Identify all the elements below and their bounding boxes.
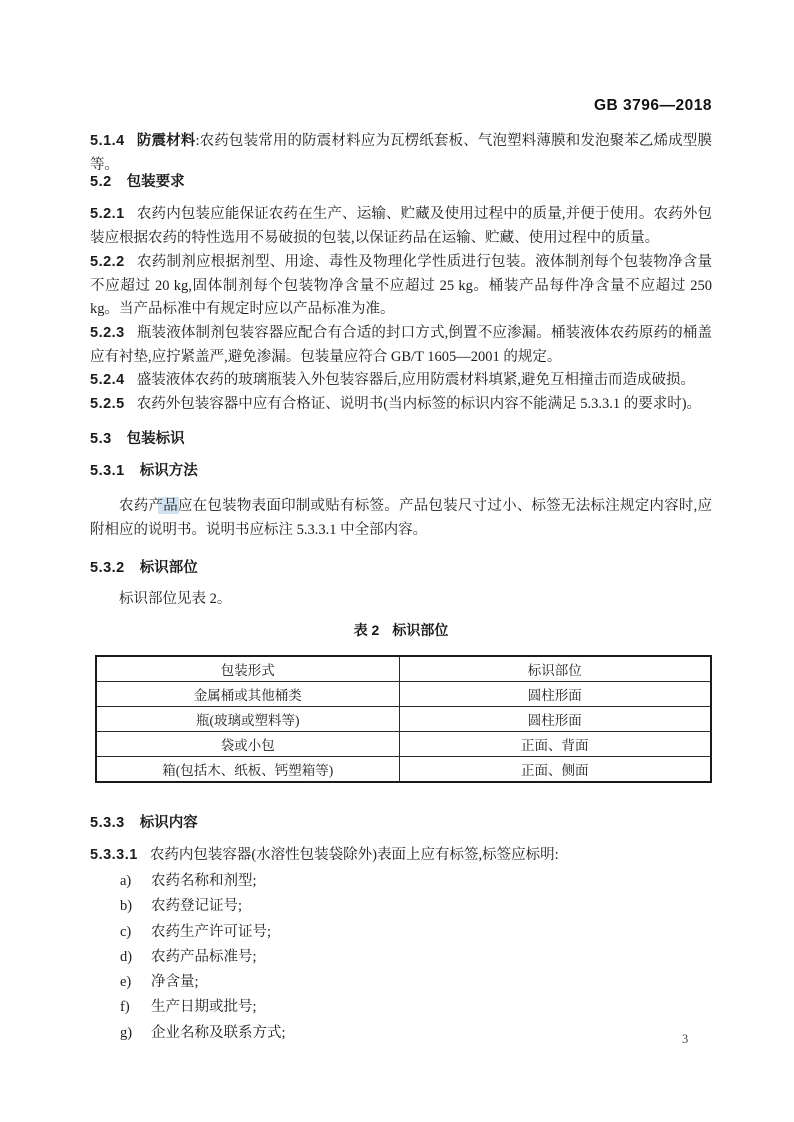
clause-number: 5.2.1 (90, 206, 125, 222)
clause-5-2-3: 5.2.3瓶装液体制剂包装容器应配合有合适的封口方式,倒置不应渗漏。桶装液体农药… (90, 322, 712, 369)
heading-number: 5.2 (90, 174, 112, 190)
list-item-text: 农药名称和剂型; (151, 873, 257, 889)
label-content-list: a)农药名称和剂型; b)农药登记证号; c)农药生产许可证号; d)农药产品标… (90, 869, 712, 1046)
table-cell: 圆柱形面 (399, 682, 711, 707)
heading-number: 5.3.3 (90, 815, 125, 831)
table-cell: 圆柱形面 (399, 707, 711, 732)
list-item: b)农药登记证号; (90, 894, 712, 919)
clause-5-3-3-1: 5.3.3.1农药内包装容器(水溶性包装袋除外)表面上应有标签,标签应标明: (90, 844, 712, 868)
list-item: f)生产日期或批号; (90, 995, 712, 1020)
table-header-row: 包装形式 标识部位 (96, 656, 711, 682)
table-caption: 表 2标识部位 (90, 620, 712, 640)
heading-number: 5.3.2 (90, 560, 125, 576)
clause-number: 5.1.4 (90, 133, 125, 149)
heading-title: 包装要求 (127, 174, 185, 190)
heading-5-3-3: 5.3.3标识内容 (90, 811, 712, 832)
heading-number: 5.3.1 (90, 463, 125, 479)
clause-number: 5.3.3.1 (90, 847, 138, 863)
table-caption-label: 表 2 (354, 622, 380, 638)
heading-5-2: 5.2包装要求 (90, 170, 712, 191)
clause-text: 盛装液体农药的玻璃瓶装入外包装容器后,应用防震材料填紧,避免互相撞击而造成破损。 (137, 372, 695, 388)
clause-text: 农药内包装应能保证农药在生产、运输、贮藏及使用过程中的质量,并便于使用。农药外包… (90, 206, 712, 246)
clause-text: 农药制剂应根据剂型、用途、毒性及物理化学性质进行包装。液体制剂每个包装物净含量不… (90, 254, 712, 317)
clause-number: 5.2.3 (90, 325, 125, 341)
clause-inline-title: 防震材料 (137, 133, 196, 149)
clause-5-2-1: 5.2.1农药内包装应能保证农药在生产、运输、贮藏及使用过程中的质量,并便于使用… (90, 203, 712, 250)
clause-5-2-4: 5.2.4盛装液体农药的玻璃瓶装入外包装容器后,应用防震材料填紧,避免互相撞击而… (90, 369, 712, 393)
table-cell: 正面、背面 (399, 732, 711, 757)
list-item-text: 净含量; (151, 974, 199, 990)
table-cell: 袋或小包 (96, 732, 399, 757)
list-item-text: 企业名称及联系方式; (151, 1025, 286, 1041)
list-item-label: e) (120, 974, 151, 991)
table-row: 金属桶或其他桶类 圆柱形面 (96, 682, 711, 707)
heading-number: 5.3 (90, 431, 112, 447)
clause-number: 5.2.4 (90, 372, 125, 388)
list-item: a)农药名称和剂型; (90, 869, 712, 894)
heading-title: 标识内容 (140, 815, 198, 831)
table-row: 箱(包括木、纸板、钙塑箱等) 正面、侧面 (96, 757, 711, 783)
table-row: 袋或小包 正面、背面 (96, 732, 711, 757)
list-item-label: f) (120, 999, 151, 1016)
clause-text: 瓶装液体制剂包装容器应配合有合适的封口方式,倒置不应渗漏。桶装液体农药原药的桶盖… (90, 325, 712, 365)
table-cell: 金属桶或其他桶类 (96, 682, 399, 707)
list-item: c)农药生产许可证号; (90, 920, 712, 945)
clause-number: 5.2.2 (90, 254, 125, 270)
page-number: 3 (682, 1032, 688, 1047)
table-row: 瓶(玻璃或塑料等) 圆柱形面 (96, 707, 711, 732)
table-header-cell: 包装形式 (96, 656, 399, 682)
heading-5-3: 5.3包装标识 (90, 427, 712, 448)
list-item-text: 农药登记证号; (151, 898, 242, 914)
table-cell: 正面、侧面 (399, 757, 711, 783)
clause-5-2-5: 5.2.5农药外包装容器中应有合格证、说明书(当内标签的标识内容不能满足 5.3… (90, 393, 712, 417)
heading-title: 标识方法 (140, 463, 198, 479)
table-cell: 箱(包括木、纸板、钙塑箱等) (96, 757, 399, 783)
list-item-label: a) (120, 873, 151, 890)
list-item-label: g) (120, 1025, 151, 1042)
table-cell: 瓶(玻璃或塑料等) (96, 707, 399, 732)
list-item: g)企业名称及联系方式; (90, 1021, 712, 1046)
list-item-text: 农药生产许可证号; (151, 924, 271, 940)
list-item-label: d) (120, 949, 151, 966)
clause-text: 农药外包装容器中应有合格证、说明书(当内标签的标识内容不能满足 5.3.3.1 … (137, 396, 701, 412)
paragraph-5-3-1: 农药产品应在包装物表面印制或贴有标签。产品包装尺寸过小、标签无法标注规定内容时,… (90, 495, 712, 542)
heading-5-3-1: 5.3.1标识方法 (90, 459, 712, 480)
clause-text: 农药内包装容器(水溶性包装袋除外)表面上应有标签,标签应标明: (150, 847, 559, 863)
clause-number: 5.2.5 (90, 396, 125, 412)
list-item-text: 生产日期或批号; (151, 999, 257, 1015)
list-item: d)农药产品标准号; (90, 945, 712, 970)
list-item-label: c) (120, 924, 151, 941)
list-item-text: 农药产品标准号; (151, 949, 257, 965)
heading-title: 标识部位 (140, 560, 198, 576)
document-page: GB 3796—2018 5.1.4防震材料:农药包装常用的防震材料应为瓦楞纸套… (0, 0, 794, 1122)
heading-5-3-2: 5.3.2标识部位 (90, 556, 712, 577)
standard-number-header: GB 3796—2018 (90, 97, 712, 115)
paragraph-5-3-2: 标识部位见表 2。 (90, 588, 712, 612)
table-header-cell: 标识部位 (399, 656, 711, 682)
heading-title: 包装标识 (127, 431, 185, 447)
marking-position-table: 包装形式 标识部位 金属桶或其他桶类 圆柱形面 瓶(玻璃或塑料等) 圆柱形面 袋… (95, 655, 712, 783)
clause-5-2-2: 5.2.2农药制剂应根据剂型、用途、毒性及物理化学性质进行包装。液体制剂每个包装… (90, 251, 712, 322)
list-item-label: b) (120, 898, 151, 915)
list-item: e)净含量; (90, 970, 712, 995)
table-caption-title: 标识部位 (392, 622, 448, 638)
